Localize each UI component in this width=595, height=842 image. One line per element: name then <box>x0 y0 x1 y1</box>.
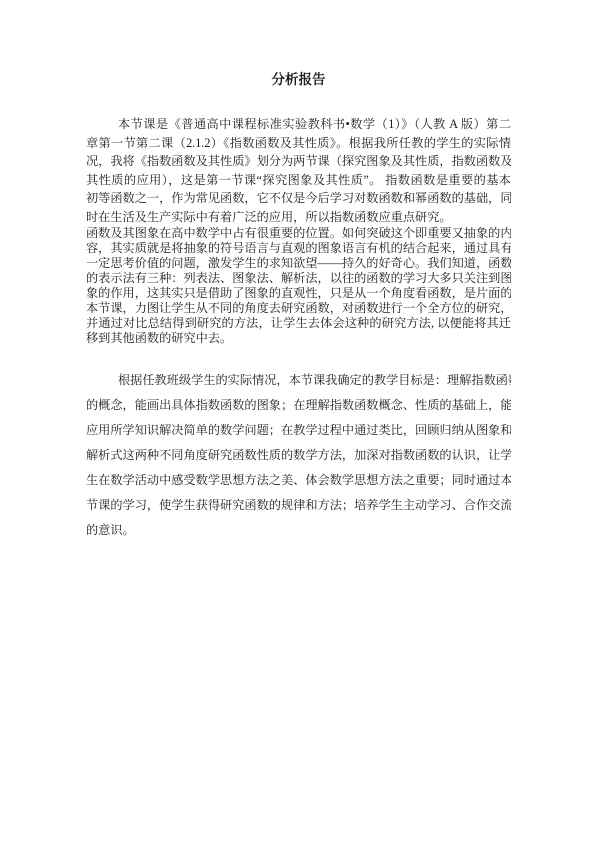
text-line: 况，我将《指数函数及其性质》划分为两节课（探究图象及其性质，指数函数及 <box>86 152 511 171</box>
text-line: 一定思考价值的问题，激发学生的求知欲望——持久的好奇心。我们知道，函数 <box>86 256 511 271</box>
text-line: 并通过对比总结得到研究的方法，让学生去体会这种的研究方法, 以便能将其迁 <box>86 316 511 331</box>
text-line: 应用所学知识解决简单的数学问题；在教学过程中通过类比，回顾归纳从图象和 <box>86 418 511 443</box>
text-line: 的表示法有三种：列表法、图象法、解析法，以往的函数的学习大多只关注到图 <box>86 271 511 286</box>
text-line: 生在数学活动中感受数学思想方法之美、体会数学思想方法之重要；同时通过本 <box>86 468 511 493</box>
document-title: 分析报告 <box>86 72 511 88</box>
text-line: 时在生活及生产实际中有着广泛的应用，所以指数函数应重点研究。 <box>86 208 511 227</box>
text-line: 章第一节第二课（2.1.2）《指数函数及其性质》。根据我所任教的学生的实际情 <box>86 134 511 153</box>
text-line: 初等函数之一，作为常见函数，它不仅是今后学习对数函数和幂函数的基础，同 <box>86 189 511 208</box>
document-page: 分析报告 本节课是《普通高中课程标准实验教科书•数学（1）》（人教 A 版）第二… <box>0 0 595 842</box>
text-line: 本节课，力图让学生从不同的角度去研究函数，对函数进行一个全方位的研究， <box>86 301 511 316</box>
paragraph-teaching-goals: 根据任教班级学生的实际情况，本节课我确定的教学目标是：理解指数函数 的概念，能画… <box>86 368 511 543</box>
text-line: 移到其他函数的研究中去。 <box>86 331 511 346</box>
text-line: 其性质的应用），这是第一节课“探究图象及其性质”。 指数函数是重要的基本 <box>86 171 511 190</box>
paragraph-intro: 本节课是《普通高中课程标准实验教科书•数学（1）》（人教 A 版）第二 章第一节… <box>86 115 511 226</box>
text-line: 容，其实质就是将抽象的符号语言与直观的图象语言有机的结合起来，通过具有 <box>86 241 511 256</box>
text-line: 象的作用，这其实只是借助了图象的直观性，只是从一个角度看函数，是片面的。 <box>86 286 511 301</box>
text-line: 节课的学习，使学生获得研究函数的规律和方法；培养学生主动学习、合作交流 <box>86 493 511 518</box>
text-line: 解析式这两种不同角度研究函数性质的数学方法，加深对指数函数的认识，让学 <box>86 443 511 468</box>
text-line: 函数及其图象在高中数学中占有很重要的位置。如何突破这个即重要又抽象的内 <box>86 226 511 241</box>
text-line: 本节课是《普通高中课程标准实验教科书•数学（1）》（人教 A 版）第二 <box>86 115 511 134</box>
text-line: 根据任教班级学生的实际情况，本节课我确定的教学目标是：理解指数函数 <box>86 368 511 393</box>
paragraph-function-graph: 函数及其图象在高中数学中占有很重要的位置。如何突破这个即重要又抽象的内 容，其实… <box>86 226 511 346</box>
text-line: 的概念，能画出具体指数函数的图象；在理解指数函数概念、性质的基础上，能 <box>86 393 511 418</box>
text-line: 的意识。 <box>86 518 511 543</box>
